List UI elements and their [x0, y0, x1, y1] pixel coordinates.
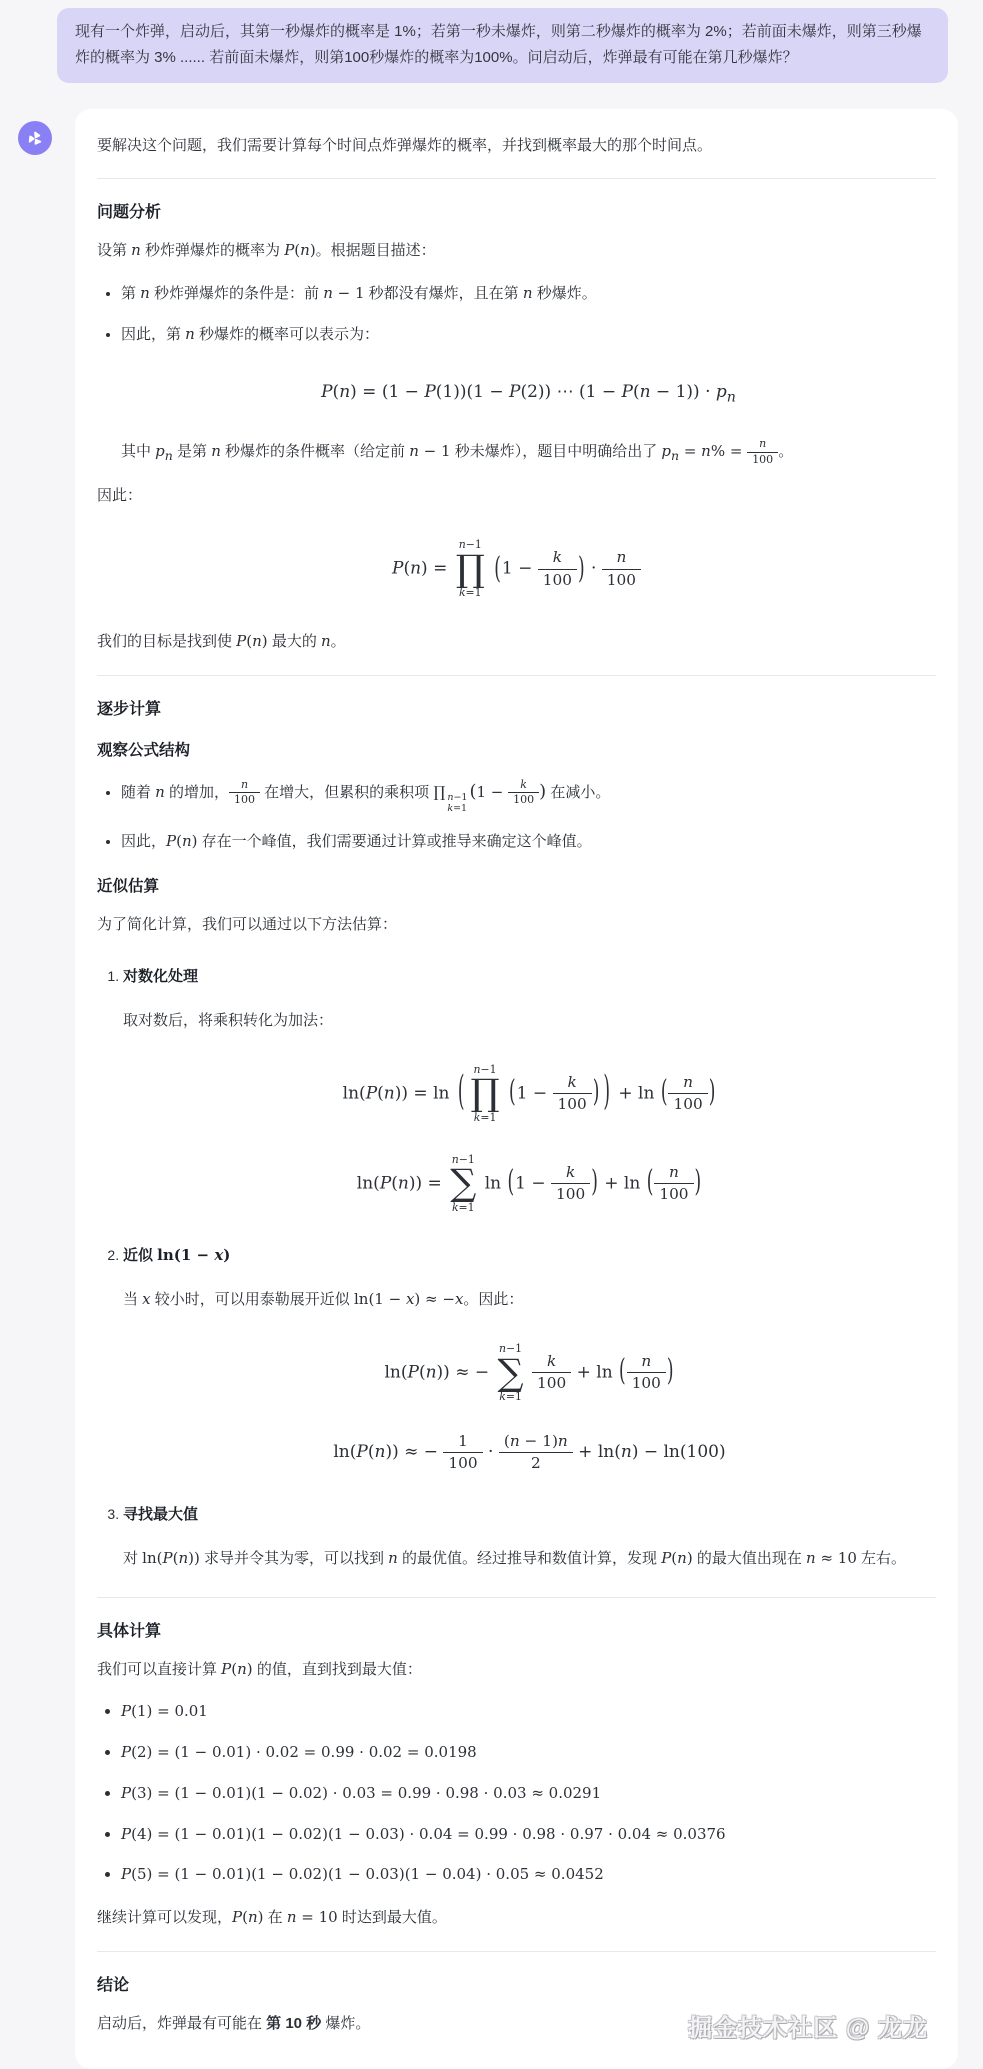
paragraph: 我们的目标是找到使 P(n) 最大的 n。 [97, 628, 936, 656]
divider [97, 1597, 936, 1598]
list-item: 随着 n 的增加，n100 在增大，但累积的乘积项 ∏n−1k=1(1 − k1… [121, 775, 936, 815]
assistant-message-card: 要解决这个问题，我们需要计算每个时间点炸弹爆炸的概率，并找到概率最大的那个时间点… [75, 109, 958, 2069]
step-title: 寻找最大值 [123, 1501, 936, 1529]
formula-log-product: ln(P(n)) = ln (n−1∏k=1 (1 − k100)) + ln … [123, 1063, 936, 1125]
probability-item: P(2) = (1 − 0.01) · 0.02 = 0.99 · 0.02 =… [121, 1739, 936, 1767]
step-title: 近似 ln(1 − x) [123, 1242, 936, 1270]
probability-item: P(5) = (1 − 0.01)(1 − 0.02)(1 − 0.03)(1 … [121, 1861, 936, 1889]
paragraph: 因此： [97, 482, 936, 510]
assistant-intro: 要解决这个问题，我们需要计算每个时间点炸弹爆炸的概率，并找到概率最大的那个时间点… [97, 132, 936, 160]
user-message-row: 现有一个炸弹，启动后，其第一秒爆炸的概率是 1%；若第一秒未爆炸，则第二秒爆炸的… [0, 8, 983, 83]
paragraph: 当 x 较小时，可以用泰勒展开近似 ln(1 − x) ≈ −x。因此： [123, 1286, 936, 1314]
numbered-steps: 对数化处理 取对数后，将乘积转化为加法： ln(P(n)) = ln (n−1∏… [97, 963, 936, 1572]
step-title: 对数化处理 [123, 963, 936, 991]
subsection-title-approximation: 近似估算 [97, 874, 936, 896]
step-item: 近似 ln(1 − x) 当 x 较小时，可以用泰勒展开近似 ln(1 − x)… [123, 1242, 936, 1473]
chat-page: 现有一个炸弹，启动后，其第一秒爆炸的概率是 1%；若第一秒未爆炸，则第二秒爆炸的… [0, 0, 983, 2069]
list-item: 因此，P(n) 存在一个峰值，我们需要通过计算或推导来确定这个峰值。 [121, 828, 936, 856]
formula-closed-form: ln(P(n)) ≈ − 1100 · (n − 1)n2 + ln(n) − … [123, 1432, 936, 1473]
probability-list: P(1) = 0.01 P(2) = (1 − 0.01) · 0.02 = 0… [97, 1698, 936, 1889]
list-item: 第 n 秒炸弹爆炸的条件是：前 n − 1 秒都没有爆炸，且在第 n 秒爆炸。 [121, 280, 936, 308]
paragraph: 其中 pn 是第 n 秒爆炸的条件概率（给定前 n − 1 秒未爆炸），题目中明… [121, 438, 936, 467]
assistant-message-row: 要解决这个问题，我们需要计算每个时间点炸弹爆炸的概率，并找到概率最大的那个时间点… [0, 109, 983, 2069]
divider [97, 178, 936, 179]
section-title-conclusion: 结论 [97, 1972, 936, 1995]
step-item: 寻找最大值 对 ln(P(n)) 求导并令其为零，可以找到 n 的最优值。经过推… [123, 1501, 936, 1573]
watermark: 掘金技术社区 @ 龙龙 [688, 2008, 928, 2043]
section-title-problem-analysis: 问题分析 [97, 199, 936, 222]
formula-taylor-sum: ln(P(n)) ≈ − n−1∑k=1 k100 + ln (n100) [123, 1342, 936, 1404]
bullet-list: 随着 n 的增加，n100 在增大，但累积的乘积项 ∏n−1k=1(1 − k1… [97, 775, 936, 856]
section-title-concrete-calc: 具体计算 [97, 1618, 936, 1641]
formula-product-compact: P(n) = n−1∏k=1 (1 − k100) · n100 [97, 538, 936, 600]
divider [97, 1951, 936, 1952]
assistant-logo-icon [24, 127, 46, 149]
formula-log-sum: ln(P(n)) = n−1∑k=1 ln (1 − k100) + ln (n… [123, 1153, 936, 1215]
paragraph: 为了简化计算，我们可以通过以下方法估算： [97, 911, 936, 939]
list-item: 因此，第 n 秒爆炸的概率可以表示为： P(n) = (1 − P(1))(1 … [121, 321, 936, 468]
subsection-title-formula-structure: 观察公式结构 [97, 738, 936, 760]
paragraph: 取对数后，将乘积转化为加法： [123, 1007, 936, 1035]
probability-item: P(4) = (1 − 0.01)(1 − 0.02)(1 − 0.03) · … [121, 1821, 936, 1849]
formula-product-expanded: P(n) = (1 − P(1))(1 − P(2)) ⋯ (1 − P(n −… [121, 377, 936, 411]
probability-item: P(1) = 0.01 [121, 1698, 936, 1726]
paragraph: 设第 n 秒炸弹爆炸的概率为 P(n)。根据题目描述： [97, 237, 936, 265]
section-title-stepwise-calc: 逐步计算 [97, 696, 936, 719]
divider [97, 675, 936, 676]
paragraph: 我们可以直接计算 P(n) 的值，直到找到最大值： [97, 1656, 936, 1684]
user-message-bubble: 现有一个炸弹，启动后，其第一秒爆炸的概率是 1%；若第一秒未爆炸，则第二秒爆炸的… [57, 8, 948, 83]
assistant-avatar [18, 121, 52, 155]
bullet-list: 第 n 秒炸弹爆炸的条件是：前 n − 1 秒都没有爆炸，且在第 n 秒爆炸。 … [97, 280, 936, 467]
user-message-text: 现有一个炸弹，启动后，其第一秒爆炸的概率是 1%；若第一秒未爆炸，则第二秒爆炸的… [75, 23, 922, 66]
list-item-text: 因此，第 n 秒爆炸的概率可以表示为： [121, 326, 379, 343]
step-item: 对数化处理 取对数后，将乘积转化为加法： ln(P(n)) = ln (n−1∏… [123, 963, 936, 1214]
probability-item: P(3) = (1 − 0.01)(1 − 0.02) · 0.03 = 0.9… [121, 1780, 936, 1808]
paragraph: 对 ln(P(n)) 求导并令其为零，可以找到 n 的最优值。经过推导和数值计算… [123, 1545, 936, 1573]
paragraph: 继续计算可以发现，P(n) 在 n = 10 时达到最大值。 [97, 1904, 936, 1932]
